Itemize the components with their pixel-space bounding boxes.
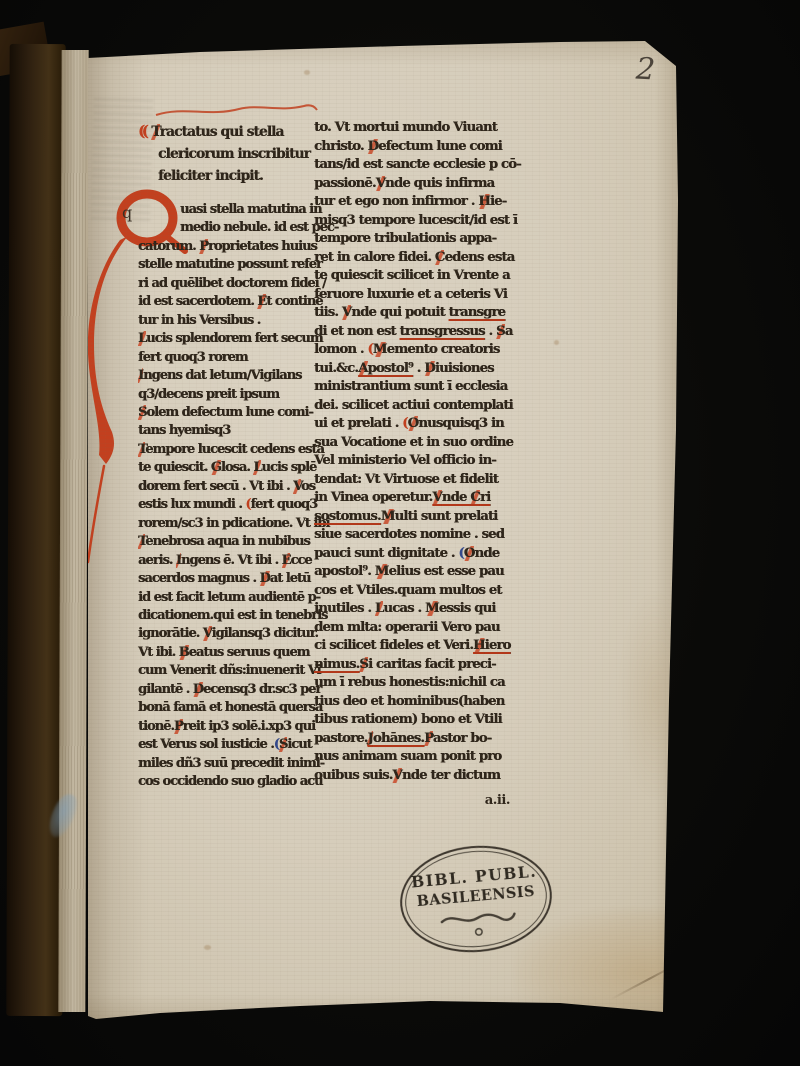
text-line: ui et prelati . (Onusquisq3 in xyxy=(314,415,526,434)
rubricated-text: C xyxy=(470,490,480,505)
text-line: Tenebrosa aqua in nubibus xyxy=(138,533,318,551)
rubricated-text: M xyxy=(381,509,395,524)
text-segment: ret in calore fidei. xyxy=(314,250,435,265)
text-segment: losa. xyxy=(221,460,253,475)
text-line: ci scilicet fideles et Veri.Hiero xyxy=(314,637,526,656)
text-line: catorum. Proprietates huius xyxy=(138,238,318,256)
text-line: tans hyemisq3 xyxy=(138,422,318,440)
text-segment: ecensq3 dr.sc3 per xyxy=(203,682,321,697)
text-segment: misq3 tempore lucescit/id est ī xyxy=(314,213,517,228)
text-segment: tibus rationem) bono et Vtili xyxy=(314,712,502,727)
text-segment: empore lucescit cedens esta xyxy=(145,442,324,457)
text-segment: aeris. xyxy=(138,553,176,568)
text-line: est Verus sol iusticie .(Sicut xyxy=(138,736,318,754)
text-line: tiis. Vnde qui potuit transgre xyxy=(314,304,526,323)
text-line: nimus.Si caritas facit preci- xyxy=(314,656,526,675)
text-line: ouibus suis.Vnde ter dictum xyxy=(314,767,526,786)
text-segment: miles dñ3 suū precedit inimi- xyxy=(138,756,324,771)
text-line: um ī rebus honestis:nichil ca xyxy=(314,674,526,693)
rubricated-text: V xyxy=(432,490,441,505)
text-segment: stelle matutine possunt refer xyxy=(138,257,322,272)
text-segment: emento creatoris xyxy=(387,342,500,357)
text-segment: ouibus suis. xyxy=(314,768,392,783)
text-segment: reit ip3 solē.i.xp3 qui xyxy=(183,719,315,734)
text-segment: id est facit letum audientē p- xyxy=(138,590,320,605)
rubricated-text: S xyxy=(496,324,505,339)
rubricated-text: P xyxy=(424,731,433,746)
text-segment: passionē. xyxy=(314,176,376,191)
text-segment: . xyxy=(413,361,424,376)
rubricated-text: D xyxy=(193,682,203,697)
rubricated-text: O xyxy=(464,546,475,561)
text-segment: roprietates huius xyxy=(208,239,317,254)
text-segment: rorem/sc3 in pdicatione. Vt ibi xyxy=(138,516,329,531)
rubricated-text: postol⁹ xyxy=(368,361,413,376)
initial-guide-letter: q xyxy=(122,203,132,222)
text-column-left: uasi stella matutina inmedio nebule. id … xyxy=(138,201,318,792)
rubricated-text: P xyxy=(174,719,183,734)
rubricated-text: H xyxy=(473,638,485,653)
text-line: gilantē . Decensq3 dr.sc3 per xyxy=(138,681,318,699)
text-segment: tionē. xyxy=(138,719,174,734)
text-line: Vt ibi. Beatus seruus quem xyxy=(138,644,318,662)
text-line: cum Venerit dñs:inuenerit Vi xyxy=(138,662,318,680)
text-line: tius deo et hominibus(haben xyxy=(314,693,526,712)
text-segment: edens esta xyxy=(444,250,514,265)
rubricated-text: iero xyxy=(485,638,511,653)
text-segment: est Verus sol iusticie . xyxy=(138,737,274,752)
text-segment: fert quoq3 rorem xyxy=(138,350,248,365)
rubricated-text: O xyxy=(408,416,419,431)
text-line: stelle matutine possunt refer xyxy=(138,256,318,274)
rubricated-text: transgre xyxy=(449,305,506,320)
text-segment: estis lux mundi . xyxy=(138,497,245,512)
text-segment: feruore luxurie et a ceteris Vi xyxy=(314,287,507,302)
text-segment: to. Vt mortui mundo Viuant xyxy=(314,120,497,135)
text-segment: siue sacerdotes nomine . sed xyxy=(314,527,504,542)
text-line: tempore tribulationis appa- xyxy=(314,230,526,249)
text-line: medio nebule. id est pec- xyxy=(138,219,318,237)
folio-number-handwritten: 2 xyxy=(635,52,656,88)
text-segment: ri ad quēlibet doctorem fidei / xyxy=(138,276,326,291)
text-line: nus animam suam ponit pro xyxy=(314,748,526,767)
text-line: pauci sunt dignitate . (Onde xyxy=(314,545,526,564)
text-segment: Vt ibi. xyxy=(138,645,179,660)
text-line: te quiescit scilicet in Vrente a xyxy=(314,267,526,286)
text-segment: dei. scilicet actiui contemplati xyxy=(314,398,513,413)
text-segment: dicationem.qui est in tenebris xyxy=(138,608,327,623)
text-segment: ie- xyxy=(490,194,506,209)
text-segment: dorem fert secū . Vt ibi . xyxy=(138,479,293,494)
rubricated-text: L xyxy=(138,331,146,346)
text-line: christo. Defectum lune comi xyxy=(314,138,526,157)
text-segment: q3/decens preit ipsum xyxy=(138,387,279,402)
text-line: fert quoq3 rorem xyxy=(138,349,318,367)
text-line: tionē.Preit ip3 solē.i.xp3 qui xyxy=(138,718,318,736)
text-line: pastore.Johānes.Pastor bo- xyxy=(314,730,526,749)
text-line: lomon . (Memento creatoris xyxy=(314,341,526,360)
text-segment: lomon . xyxy=(314,342,367,357)
text-line: tur et ego non infirmor . Hie- xyxy=(314,193,526,212)
text-segment: sacerdos magnus . xyxy=(138,571,259,586)
book-page: 2 ((Tractatus qui stellaclericorum inscr… xyxy=(84,40,680,1024)
rubricated-text: V xyxy=(203,626,212,641)
text-segment: ulti sunt prelati xyxy=(395,509,498,524)
text-line: aeris. Ingens ē. Vt ibi . Ecce xyxy=(138,552,318,570)
text-segment: te quiescit scilicet in Vrente a xyxy=(314,268,510,283)
text-line: tui.&c.Apostol⁹ . Diuisiones xyxy=(314,360,526,379)
text-segment: di et non est xyxy=(314,324,399,339)
text-segment: ui et prelati . xyxy=(314,416,402,431)
text-line: bonā famā et honestā quersa xyxy=(138,699,318,717)
text-line: sostomus.Multi sunt prelati xyxy=(314,508,526,527)
text-line: sacerdos magnus . Dat letū xyxy=(138,570,318,588)
rubricated-text: sostomus. xyxy=(314,509,381,524)
text-segment: in Vinea operetur. xyxy=(314,490,432,505)
text-segment: nde xyxy=(474,546,499,561)
text-segment: astor bo- xyxy=(433,731,492,746)
rubricated-text: V xyxy=(342,305,351,320)
text-line: tur in his Versibus . xyxy=(138,312,318,330)
text-segment: nus animam suam ponit pro xyxy=(314,749,501,764)
text-segment: bonā famā et honestā quersa xyxy=(138,700,322,715)
text-segment: cos occidendo suo gladio acu xyxy=(138,774,322,789)
rubricated-text: S xyxy=(359,657,368,672)
text-segment: cum Venerit dñs:inuenerit Vi xyxy=(138,663,320,678)
text-segment: cos et Vtiles.quam multos et xyxy=(314,583,502,598)
text-segment: iuisiones xyxy=(435,361,494,376)
text-line: id est facit letum audientē p- xyxy=(138,589,318,607)
paper-stain xyxy=(620,590,690,800)
text-line: sua Vocatione et in suo ordine xyxy=(314,434,526,453)
rubricated-text: V xyxy=(376,176,385,191)
text-segment: ngens dat letum/Vigilans xyxy=(143,368,301,383)
text-line: to. Vt mortui mundo Viuant xyxy=(314,119,526,138)
rubric-squiggle-icon xyxy=(154,102,322,122)
text-line: ministrantium sunt ī ecclesia xyxy=(314,378,526,397)
text-segment: christo. xyxy=(314,139,367,154)
rubricated-text: T xyxy=(151,124,159,140)
rubricated-text: S xyxy=(279,737,287,752)
text-line: Tempore lucescit cedens esta xyxy=(138,441,318,459)
rubricated-text: ohānes. xyxy=(373,731,424,746)
rubricated-text: V xyxy=(293,479,301,494)
text-segment: clericorum inscribitur xyxy=(158,146,310,162)
text-segment: sua Vocatione et in suo ordine xyxy=(314,435,513,450)
text-segment: ignorātie. xyxy=(138,626,203,641)
text-segment: . xyxy=(485,324,496,339)
rubricated-text: D xyxy=(367,139,378,154)
text-line: dem mlta: operarii Vero pau xyxy=(314,619,526,638)
text-segment: essis qui xyxy=(439,601,496,616)
text-segment: tur in his Versibus . xyxy=(138,313,260,328)
text-segment: ucas . xyxy=(383,601,425,616)
rubricated-text: D xyxy=(424,361,435,376)
text-line: estis lux mundi . (fert quoq3 xyxy=(138,496,318,514)
text-line: siue sacerdotes nomine . sed xyxy=(314,526,526,545)
text-line: dei. scilicet actiui contemplati xyxy=(314,397,526,416)
rubricated-text: (( xyxy=(138,122,145,140)
text-line: misq3 tempore lucescit/id est ī xyxy=(314,212,526,231)
text-segment: ractatus qui stella xyxy=(160,124,284,140)
text-segment: tur et ego non infirmor . xyxy=(314,194,478,209)
text-segment: i caritas facit preci- xyxy=(368,657,496,672)
foxing-spot xyxy=(204,945,211,950)
rubricated-text: D xyxy=(259,571,269,586)
text-line: q3/decens preit ipsum xyxy=(138,386,318,404)
text-line: uasi stella matutina in xyxy=(138,201,318,219)
rubricated-text: ri xyxy=(480,490,490,505)
text-segment: efectum lune comi xyxy=(378,139,502,154)
text-segment: a xyxy=(505,324,513,339)
text-segment: elius est esse pau xyxy=(388,564,503,579)
library-stamp: BIBL. PUBL. BASILEENSIS xyxy=(396,840,557,959)
text-line: tans/id est sancte ecclesie p cō- xyxy=(314,156,526,175)
text-segment: nde quis infirma xyxy=(385,176,494,191)
text-segment: tans/id est sancte ecclesie p cō- xyxy=(314,157,521,172)
text-segment: olem defectum lune comi- xyxy=(146,405,312,420)
text-segment: Vel ministerio Vel officio in- xyxy=(314,453,496,468)
foxing-spot xyxy=(304,70,310,75)
rubricated-text: E xyxy=(257,294,266,309)
text-segment: icut xyxy=(287,737,311,752)
text-column-right: to. Vt mortui mundo Viuantchristo. Defec… xyxy=(314,119,526,785)
text-segment: tiis. xyxy=(314,305,342,320)
rubricated-text: M xyxy=(375,564,389,579)
rubricated-text: A xyxy=(358,361,367,376)
text-segment: tui.&c. xyxy=(314,361,358,376)
text-segment: ministrantium sunt ī ecclesia xyxy=(314,379,507,394)
text-segment: enebrosa aqua in nubibus xyxy=(145,534,310,549)
text-line: tibus rationem) bono et Vtili xyxy=(314,711,526,730)
rubricated-text: P xyxy=(199,239,208,254)
rubricated-text: ( xyxy=(367,342,372,357)
text-segment: catorum. xyxy=(138,239,199,254)
rubricated-text: V xyxy=(392,768,401,783)
text-segment: igilansq3 dicitur. xyxy=(212,626,318,641)
text-segment: tans hyemisq3 xyxy=(138,423,230,438)
text-line: feruore luxurie et a ceteris Vi xyxy=(314,286,526,305)
text-line: miles dñ3 suū precedit inimi- xyxy=(138,755,318,773)
text-line: dicationem.qui est in tenebris xyxy=(138,607,318,625)
text-segment: nde ter dictum xyxy=(402,768,500,783)
text-segment: nusquisq3 in xyxy=(418,416,504,431)
text-line: dorem fert secū . Vt ibi . Vos xyxy=(138,478,318,496)
text-segment: os xyxy=(301,479,315,494)
text-segment: nde qui potuit xyxy=(351,305,448,320)
text-segment: tempore tribulationis appa- xyxy=(314,231,496,246)
text-segment: at letū xyxy=(270,571,311,586)
photo-background: 2 ((Tractatus qui stellaclericorum inscr… xyxy=(0,0,800,1066)
text-line: Ingens dat letum/Vigilans xyxy=(138,367,318,385)
text-line: passionē.Vnde quis infirma xyxy=(314,175,526,194)
underlying-leaf-edge xyxy=(58,50,88,1012)
text-line: Vel ministerio Vel officio in- xyxy=(314,452,526,471)
text-line: ignorātie. Vigilansq3 dicitur. xyxy=(138,625,318,643)
rubricated-text: nde xyxy=(442,490,471,505)
text-line: in Vinea operetur.Vnde Cri xyxy=(314,489,526,508)
text-segment: gilantē . xyxy=(138,682,193,697)
text-line: Lucis splendorem fert secum xyxy=(138,330,318,348)
text-segment: pastore. xyxy=(314,731,367,746)
rubricated-text: G xyxy=(211,460,221,475)
text-line: ri ad quēlibet doctorem fidei / xyxy=(138,275,318,293)
text-segment: id est sacerdotem. xyxy=(138,294,257,309)
text-line: te quiescit. Glosa. Lucis splē xyxy=(138,459,318,477)
text-line: tendat: Vt Virtuose et fidelit xyxy=(314,471,526,490)
rubricated-text: H xyxy=(478,194,490,209)
text-segment: tendat: Vt Virtuose et fidelit xyxy=(314,472,498,487)
text-segment: tius deo et hominibus(haben xyxy=(314,694,504,709)
binding-leather xyxy=(6,44,65,1016)
text-segment: dem mlta: operarii Vero pau xyxy=(314,620,500,635)
rubricated-text: nimus. xyxy=(314,657,359,672)
text-line: cos occidendo suo gladio acu xyxy=(138,773,318,791)
rubricated-text: M xyxy=(373,342,387,357)
text-segment: um ī rebus honestis:nichil ca xyxy=(314,675,505,690)
text-line: inutiles . Lucas . Messis qui xyxy=(314,600,526,619)
text-segment: eatus seruus quem xyxy=(189,645,310,660)
text-line: cos et Vtiles.quam multos et xyxy=(314,582,526,601)
rubricated-text: M xyxy=(425,601,439,616)
rubricated-text: transgressus xyxy=(399,324,484,339)
text-segment: ci scilicet fideles et Veri. xyxy=(314,638,473,653)
text-line: ret in calore fidei. Cedens esta xyxy=(314,249,526,268)
rubricated-text: B xyxy=(179,645,189,660)
text-segment: cce xyxy=(290,553,311,568)
text-segment: ucis splendorem fert secum xyxy=(146,331,322,346)
text-segment: inutiles . xyxy=(314,601,375,616)
text-line: rorem/sc3 in pdicatione. Vt ibi xyxy=(138,515,318,533)
text-segment: pauci sunt dignitate . xyxy=(314,546,458,561)
text-line: id est sacerdotem. Et continē xyxy=(138,293,318,311)
foxing-spot xyxy=(554,340,559,345)
text-segment: apostol⁹. xyxy=(314,564,375,579)
rubricated-text: ( xyxy=(402,416,407,431)
text-line: Solem defectum lune comi- xyxy=(138,404,318,422)
text-segment: feliciter incipit. xyxy=(158,168,263,184)
text-segment: te quiescit. xyxy=(138,460,211,475)
text-segment: uasi stella matutina in xyxy=(180,202,321,217)
text-segment: ngens ē. Vt ibi . xyxy=(181,553,282,568)
quire-signature: a.ii. xyxy=(314,793,510,808)
text-line: apostol⁹. Melius est esse pau xyxy=(314,563,526,582)
text-line: di et non est transgressus . Sa xyxy=(314,323,526,342)
rubricated-text: ( xyxy=(458,546,463,561)
text-segment: ucis splē xyxy=(261,460,316,475)
text-segment: fert quoq3 xyxy=(250,497,317,512)
